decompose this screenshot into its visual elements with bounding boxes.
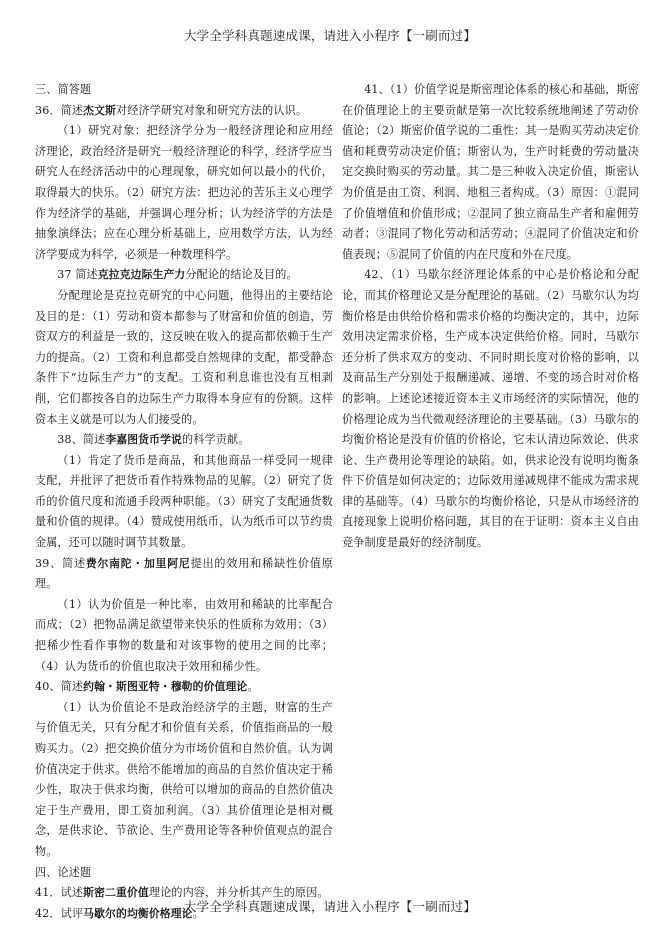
answer-39: （1）认为价值是一种比率，由效用和稀缺的比率配合而成；（2）把物品满足欲望带来快… (35, 595, 333, 677)
answer-41: 41、（1）价值学说是斯密理论体系的核心和基础，斯密在价值理论上的主要贡献是第一… (342, 80, 639, 265)
question-37: 37 简述克拉克边际生产力分配论的结论及目的。 (35, 265, 333, 286)
question-36: 36．简述杰文斯对经济学研究对象和研究方法的认识。 (35, 101, 333, 122)
answer-42: 42、（1）马歇尔经济理论体系的中心是价格论和分配论，而其价格理论又是分配理论的… (342, 265, 639, 553)
answer-37: 分配理论是克拉克研究的中心问题，他得出的主要结论及目的是：（1）劳动和资本都参与… (35, 286, 333, 430)
section-title: 三、简答题 (35, 80, 333, 101)
left-column: 三、简答题 36．简述杰文斯对经济学研究对象和研究方法的认识。 （1）研究对象：… (35, 80, 333, 924)
section-title: 四、论述题 (35, 863, 333, 884)
header-banner: 大学全学科真题速成课，请进入小程序【一刷而过】 (0, 26, 660, 44)
answer-40: （1）认为价值论不是政治经济学的主题，财富的生产与价值无关，只有分配才和价值有关… (35, 698, 333, 863)
right-column: 41、（1）价值学说是斯密理论体系的核心和基础，斯密在价值理论上的主要贡献是第一… (342, 80, 639, 554)
question-38: 38、简述李嘉图货币学说的科学贡献。 (35, 430, 333, 451)
answer-36: （1）研究对象：把经济学分为一般经济理论和应用经济理论，政治经济是研究一般经济理… (35, 121, 333, 265)
answer-38: （1）肯定了货币是商品，和其他商品一样受同一规律支配，并批评了把货币看作特殊物品… (35, 451, 333, 554)
question-40: 40、简述约翰・斯图亚特・穆勒的价值理论。 (35, 677, 333, 698)
question-39: 39、简述费尔南陀・加里阿尼提出的效用和稀缺性价值原理。 (35, 554, 333, 595)
footer-banner: 大学全学科真题速成课，请进入小程序【一刷而过】 (0, 897, 660, 915)
